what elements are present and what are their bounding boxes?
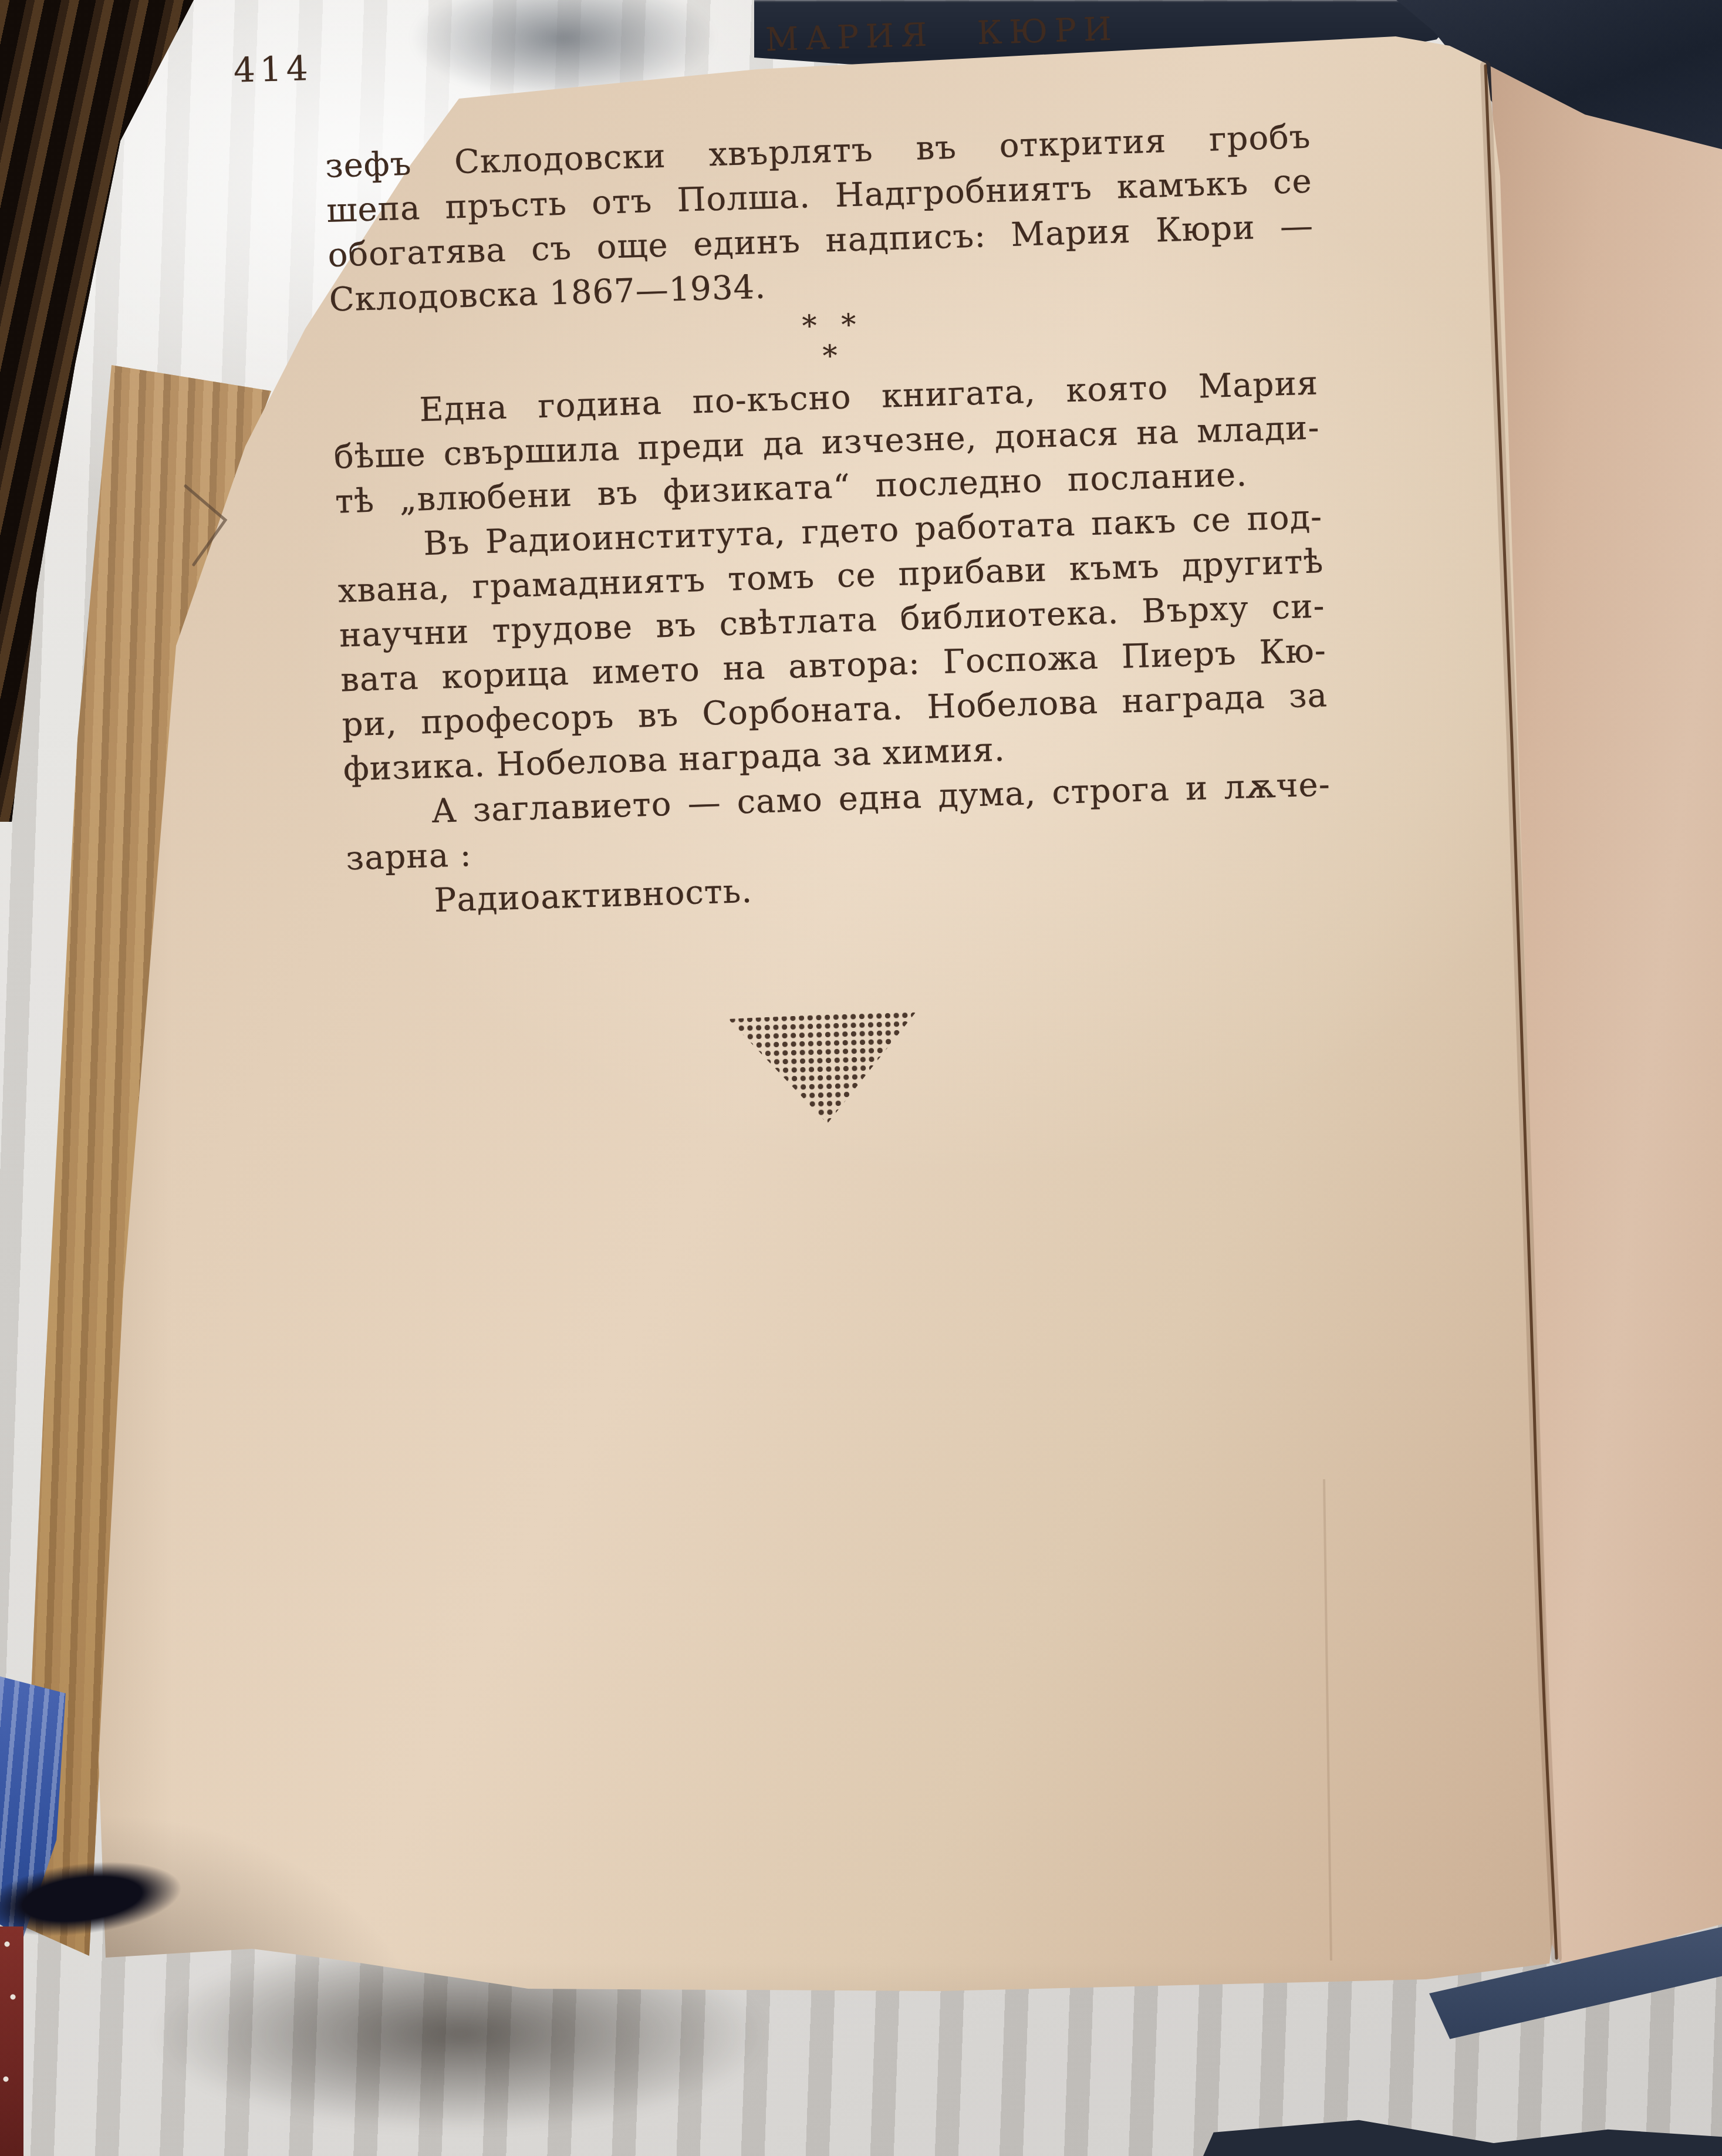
section-separator: * * *: [741, 305, 919, 379]
page-crease-mark: [185, 486, 225, 565]
paragraph-1: зефъ Склодовски хвърлятъ въ открития гро…: [325, 115, 1315, 323]
page-vertical-crease: [1324, 1479, 1331, 1961]
page-text-column: зефъ Склодовски хвърлятъ въ открития гро…: [325, 115, 1333, 926]
separator-asterisks-top: * *: [741, 308, 917, 343]
separator-asterisk-bottom: *: [741, 338, 918, 374]
book-photo-scene: 414 МАРИЯ КЮРИ зефъ Склодовски хвърлятъ …: [0, 0, 1722, 2156]
paragraphs-body: Една година по-късно книгата, която Мари…: [332, 361, 1334, 926]
page-number: 414: [233, 48, 313, 90]
